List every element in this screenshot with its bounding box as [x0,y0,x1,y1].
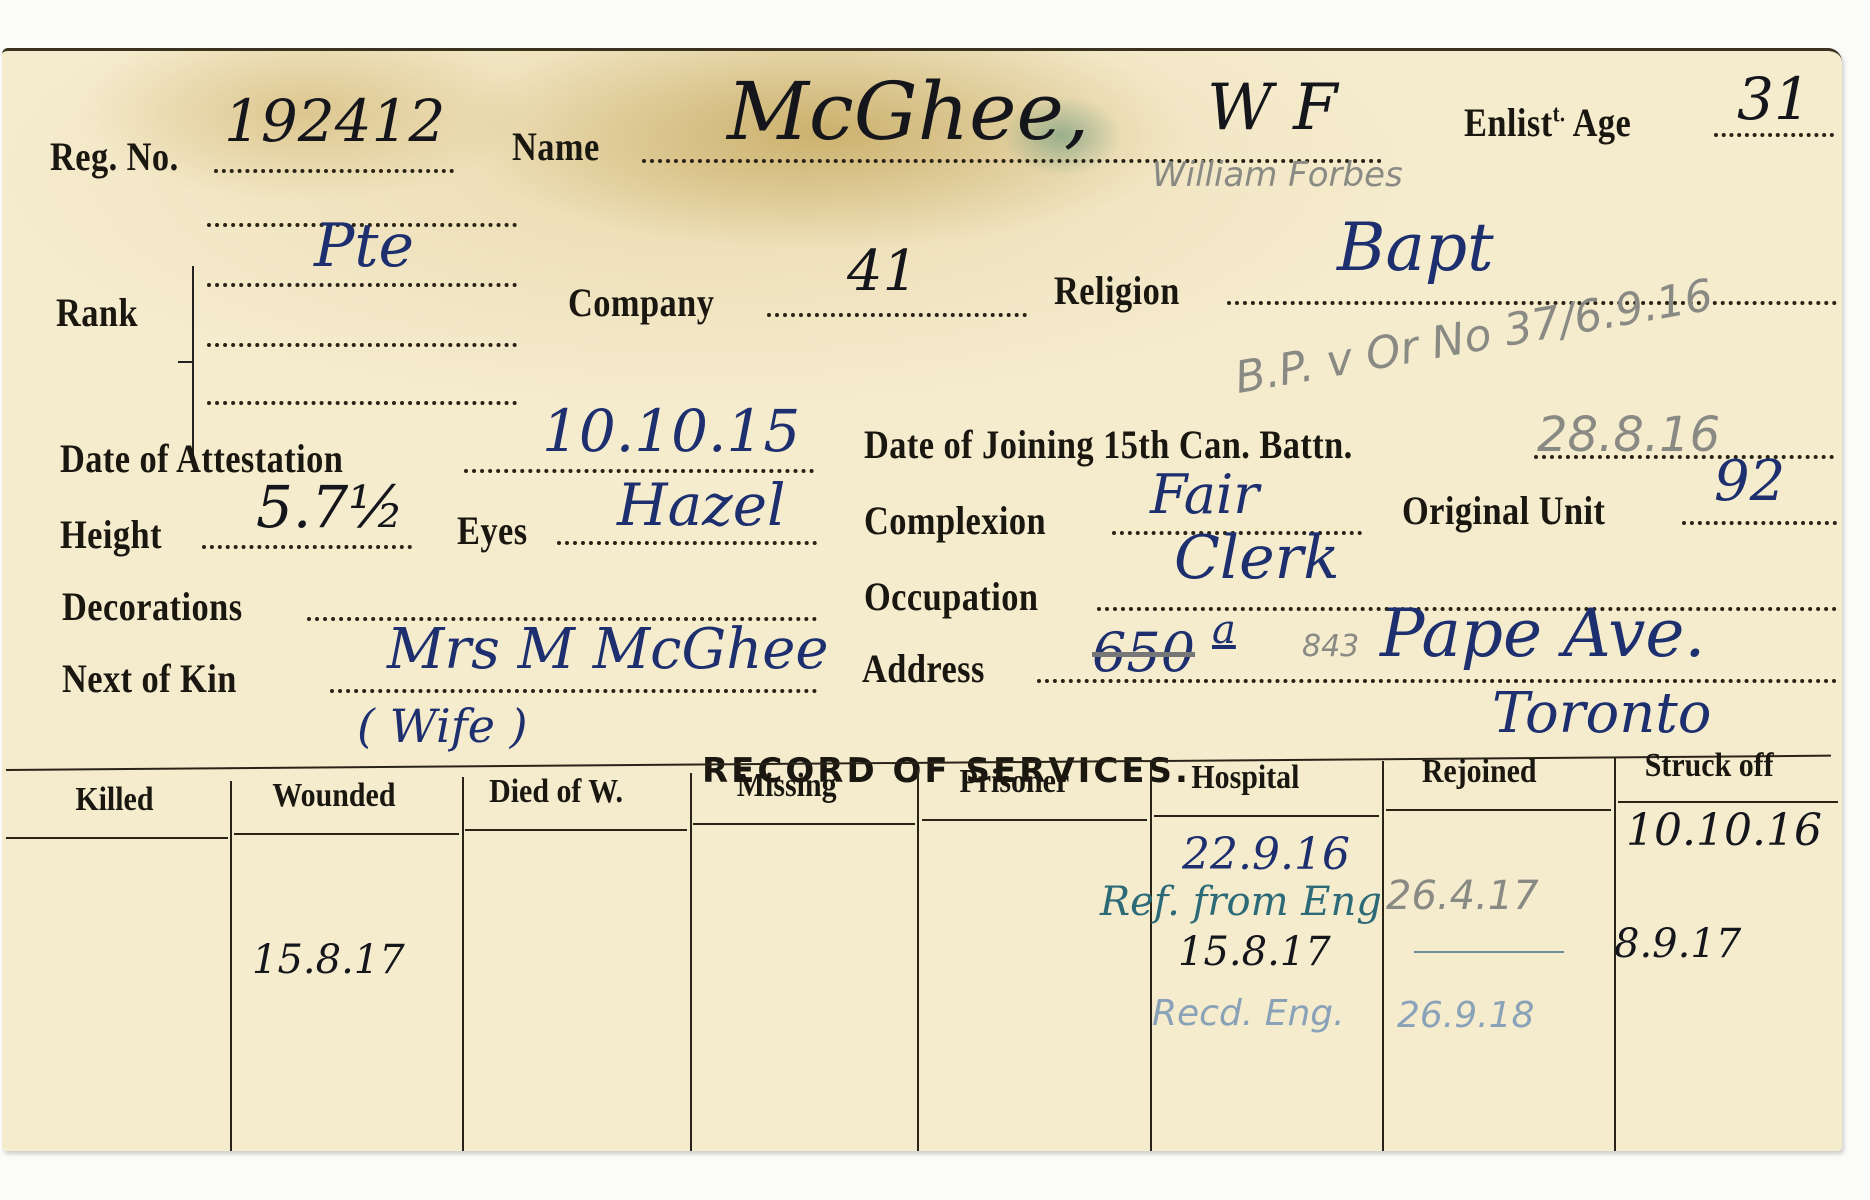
col-divider-2 [462,777,464,1151]
col-header-died-of-wounds: Died of W. [489,773,623,811]
religion-value[interactable]: Bapt [1337,209,1494,286]
attestation-card: Reg. No. 192412 Name McGhee, W F William… [2,48,1842,1151]
given-name-annotation: William Forbes [1152,155,1403,195]
height-line [202,545,412,549]
hospital-entry-2[interactable]: Ref. from Eng [1100,879,1382,925]
struck-off-entry-1[interactable]: 10.10.16 [1626,805,1822,856]
rank-line-4 [207,401,517,405]
joining-value[interactable]: 28.8.16 [1537,407,1720,463]
col-header-struck-off: Struck off [1645,747,1774,785]
address-street[interactable]: Pape Ave. [1380,595,1705,672]
rank-label: Rank [56,289,138,336]
rejoined-dash [1414,951,1564,953]
attestation-value[interactable]: 10.10.15 [542,397,800,465]
col-divider-4 [917,769,919,1151]
eyes-value[interactable]: Hazel [617,471,786,539]
enlist-age-label: Enlistt. Age [1464,99,1631,146]
hospital-entry-3[interactable]: 15.8.17 [1178,929,1331,975]
original-unit-line [1682,521,1837,525]
col-header-wounded: Wounded [272,777,395,815]
occupation-value[interactable]: Clerk [1174,523,1340,593]
col-divider-5 [1150,765,1152,1151]
address-number-struck: 650 [1092,621,1195,684]
eyes-label: Eyes [457,507,528,554]
enlist-age-line [1714,133,1834,137]
rank-value[interactable]: Pte [314,211,414,281]
struck-off-entry-2[interactable]: 8.9.17 [1614,921,1741,967]
height-label: Height [60,511,162,558]
next-of-kin-label: Next of Kin [62,655,237,702]
company-value[interactable]: 41 [847,239,918,304]
next-of-kin-line [330,689,817,693]
reg-no-line [214,169,454,173]
address-label: Address [862,645,985,692]
company-line [767,313,1027,317]
address-number-pencil: 843 [1302,629,1359,664]
address-city[interactable]: Toronto [1492,681,1712,746]
col-divider-6 [1382,761,1384,1151]
eyes-line [557,541,817,545]
address-number-superscript: a [1212,607,1236,653]
hospital-entry-1[interactable]: 22.9.16 [1182,829,1350,880]
decorations-label: Decorations [62,583,243,630]
complexion-label: Complexion [864,497,1046,544]
header-rule-rejoined [1386,809,1611,811]
battalion-order-note: B.P. v Or No 37/6.9.16 [1231,270,1716,404]
col-header-prisoner: Prisoner [959,763,1069,801]
original-unit-label: Original Unit [1402,487,1605,534]
header-rule-prisoner [922,819,1147,821]
rank-line-2 [207,283,517,287]
original-unit-value[interactable]: 92 [1714,449,1785,514]
header-rule-killed [6,837,228,839]
complexion-value[interactable]: Fair [1150,463,1259,526]
col-divider-3 [690,773,692,1151]
col-divider-1 [230,781,232,1151]
col-header-killed: Killed [75,781,153,819]
hospital-entry-4[interactable]: Recd. Eng. [1152,993,1345,1034]
occupation-label: Occupation [864,573,1038,620]
height-value[interactable]: 5.7½ [256,473,404,541]
rank-brace-tick [178,361,192,363]
rank-brace [192,266,194,461]
header-rule-struck-off [1618,801,1838,803]
reg-no-value[interactable]: 192412 [224,87,445,155]
wounded-entry-1[interactable]: 15.8.17 [252,937,405,983]
enlist-age-value[interactable]: 31 [1737,65,1811,133]
next-of-kin-relation[interactable]: ( Wife ) [357,699,528,753]
header-rule-hospital [1154,815,1379,817]
next-of-kin-value[interactable]: Mrs M McGhee [387,617,829,682]
header-rule-died [465,829,687,831]
reg-no-label: Reg. No. [50,133,179,180]
religion-label: Religion [1054,267,1180,314]
rejoined-entry-1[interactable]: 26.4.17 [1386,873,1539,919]
header-rule-wounded [234,833,459,835]
rank-line-3 [207,343,517,347]
surname-value[interactable]: McGhee, [727,65,1089,158]
col-header-missing: Missing [737,767,837,805]
col-header-hospital: Hospital [1191,759,1299,797]
header-rule-missing [693,823,915,825]
col-header-rejoined: Rejoined [1422,753,1537,791]
company-label: Company [568,279,714,326]
name-label: Name [512,123,600,170]
joining-label: Date of Joining 15th Can. Battn. [864,421,1353,468]
initials-value[interactable]: W F [1207,71,1338,145]
rejoined-entry-3[interactable]: 26.9.18 [1397,995,1534,1036]
